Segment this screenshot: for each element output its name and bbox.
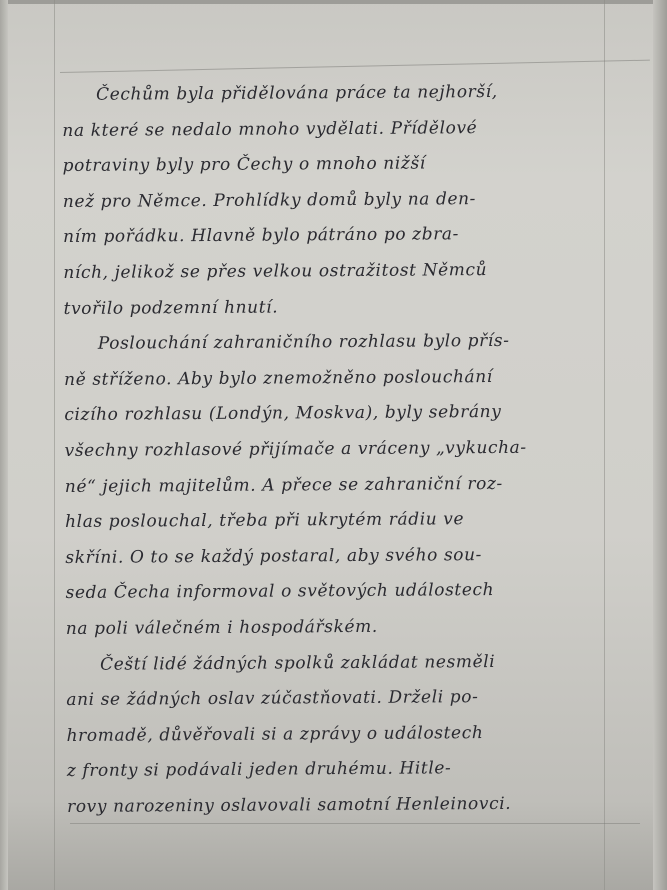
paragraph-2: Poslouchání zahraničního rozhlasu bylo p… [64,323,621,647]
left-margin-rule [54,0,55,890]
text-line: na které se nedalo mnoho vydělati. Přídě… [62,110,617,149]
text-line: rovy narozeniny oslavovali samotní Henle… [67,786,622,825]
text-line: všechny rozhlasové přijímače a vráceny „… [64,430,619,469]
text-line: ně stříženo. Aby bylo znemožněno poslouc… [64,359,619,398]
text-line: seda Čecha informoval o světových událos… [65,572,620,611]
top-rule-line [60,60,650,73]
text-line: Čechům byla přidělována práce ta nejhorš… [62,74,617,113]
text-line: potraviny byly pro Čechy o mnoho nižší [62,145,617,184]
page-top-edge [0,0,667,4]
paragraph-3: Čeští lidé žádných spolků zakládat nesmě… [66,644,622,826]
text-line: na poli válečném i hospodářském. [66,608,621,647]
text-line: hlas poslouchal, třeba při ukrytém rádiu… [65,501,620,540]
text-line: skříni. O to se každý postaral, aby svéh… [65,537,620,576]
text-line: Čeští lidé žádných spolků zakládat nesmě… [66,644,621,683]
handwritten-text: Čechům byla přidělována práce ta nejhorš… [62,74,622,825]
text-line: Poslouchání zahraničního rozhlasu bylo p… [64,323,619,362]
text-line: než pro Němce. Prohlídky domů byly na de… [63,181,618,220]
text-line: tvořilo podzemní hnutí. [63,288,618,327]
text-line: cizího rozhlasu (Londýn, Moskva), byly s… [64,394,619,433]
text-line: ních, jelikož se přes velkou ostražitost… [63,252,618,291]
page-left-edge [0,0,8,890]
paragraph-1: Čechům byla přidělována práce ta nejhorš… [62,74,619,327]
text-line: né“ jejich majitelům. A přece se zahrani… [65,466,620,505]
page-right-edge [653,0,667,890]
text-line: ním pořádku. Hlavně bylo pátráno po zbra… [63,216,618,255]
text-line: hromadě, důvěřovali si a zprávy o událos… [66,715,621,754]
document-page: Čechům byla přidělována práce ta nejhorš… [0,0,667,890]
text-line: ani se žádných oslav zúčastňovati. Držel… [66,679,621,718]
text-line: z fronty si podávali jeden druhému. Hitl… [67,750,622,789]
